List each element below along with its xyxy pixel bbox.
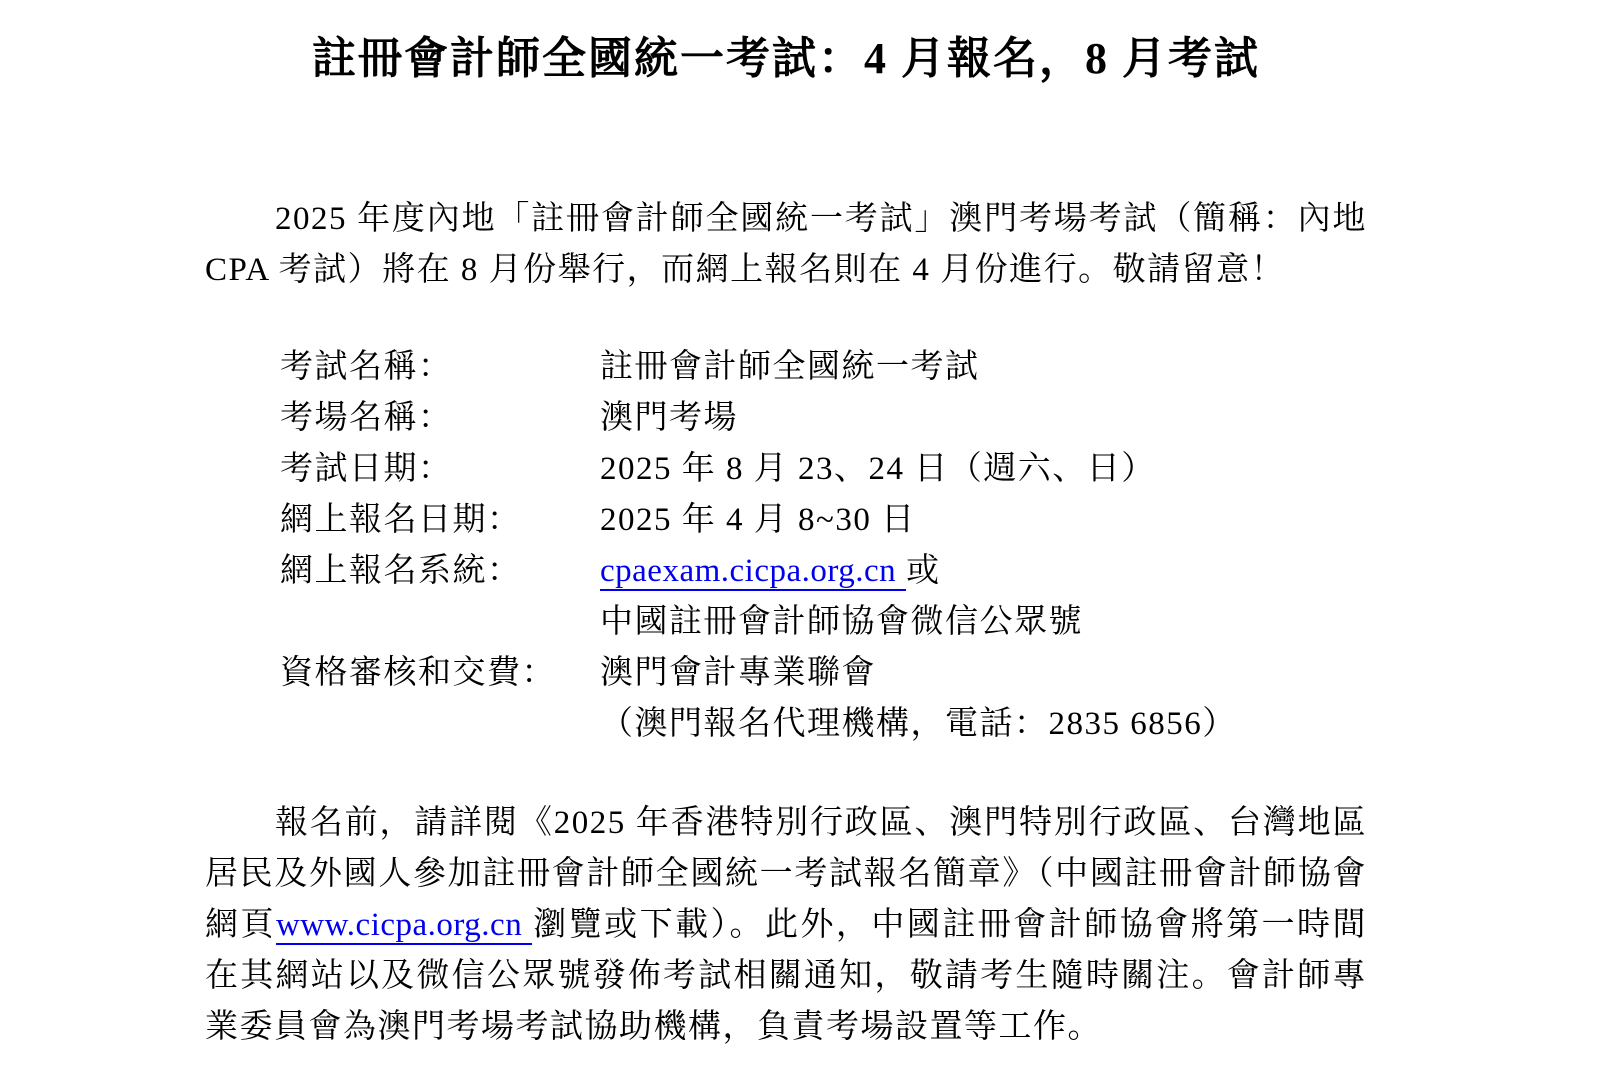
detail-row-registration-system: 網上報名系統： cpaexam.cicpa.org.cn或	[280, 546, 1367, 597]
detail-row-exam-name: 考試名稱： 註冊會計師全國統一考試	[280, 342, 1367, 393]
detail-value: 2025 年 8 月 23、24 日（週六、日）	[600, 444, 1156, 495]
detail-label: 考試名稱：	[280, 342, 600, 393]
detail-row-review-payment: 資格審核和交費： 澳門會計專業聯會	[280, 648, 1367, 699]
exam-details-list: 考試名稱： 註冊會計師全國統一考試 考場名稱： 澳門考場 考試日期： 2025 …	[280, 342, 1367, 750]
detail-value: 中國註冊會計師協會微信公眾號	[600, 597, 1083, 648]
detail-value: 2025 年 4 月 8~30 日	[600, 495, 916, 546]
detail-row-review-payment-note: （澳門報名代理機構，電話：2835 6856）	[280, 699, 1367, 750]
detail-row-exam-date: 考試日期： 2025 年 8 月 23、24 日（週六、日）	[280, 444, 1367, 495]
detail-label: 考試日期：	[280, 444, 600, 495]
detail-value: 澳門考場	[600, 393, 738, 444]
detail-row-registration-date: 網上報名日期： 2025 年 4 月 8~30 日	[280, 495, 1367, 546]
detail-value: 註冊會計師全國統一考試	[600, 342, 980, 393]
link-suffix-text: 或	[906, 553, 941, 589]
intro-paragraph: 2025 年度內地「註冊會計師全國統一考試」澳門考場考試（簡稱：內地 CPA 考…	[205, 194, 1367, 296]
document-page: 註冊會計師全國統一考試：4 月報名，8 月考試 2025 年度內地「註冊會計師全…	[205, 28, 1367, 1053]
detail-row-registration-system-alt: 中國註冊會計師協會微信公眾號	[280, 597, 1367, 648]
cpaexam-link[interactable]: cpaexam.cicpa.org.cn	[600, 553, 906, 591]
detail-label: 考場名稱：	[280, 393, 600, 444]
detail-label: 資格審核和交費：	[280, 648, 600, 699]
closing-paragraph: 報名前，請詳閱《2025 年香港特別行政區、澳門特別行政區、台灣地區居民及外國人…	[205, 798, 1367, 1053]
page-title: 註冊會計師全國統一考試：4 月報名，8 月考試	[205, 28, 1367, 90]
detail-value: 澳門會計專業聯會	[600, 648, 876, 699]
detail-label: 網上報名日期：	[280, 495, 600, 546]
detail-label: 網上報名系統：	[280, 546, 600, 597]
detail-row-venue-name: 考場名稱： 澳門考場	[280, 393, 1367, 444]
cicpa-website-link[interactable]: www.cicpa.org.cn	[276, 907, 532, 945]
detail-value: （澳門報名代理機構，電話：2835 6856）	[600, 699, 1237, 750]
detail-value: cpaexam.cicpa.org.cn或	[600, 546, 941, 597]
